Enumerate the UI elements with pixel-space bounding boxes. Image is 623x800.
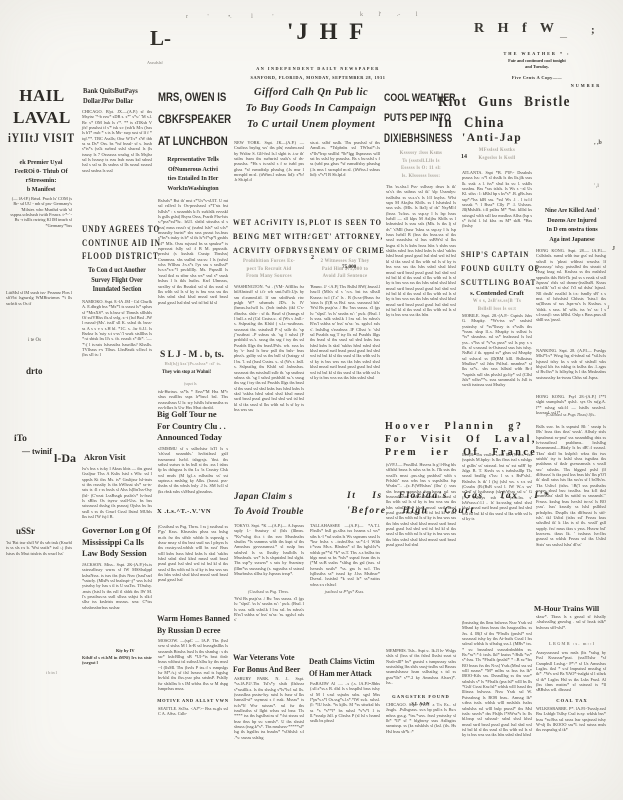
headline-governor-long-line: Mississippi Ca lls [82, 537, 156, 549]
headline-lindy-line: CONTINUE AID IN [82, 238, 140, 252]
headline-gifford: Gifford Calh Qn Pub licTo Buy Goods In C… [236, 85, 386, 133]
headline-wet-activity-line: ACRVITY OFDRYS [233, 243, 291, 257]
subhead-premier-line: rStressmin: [4, 176, 78, 185]
subhead-mrs-owen: Representative TellsOfNumerous Activitie… [157, 155, 229, 193]
headline-big-golf: Big Golf Tour neFor Country Clu . .Annou… [157, 409, 231, 444]
fragment-stray-j-2: J [607, 306, 610, 311]
masthead-marks-left: r ' •. l ' [186, 14, 273, 20]
headline-lindy-line: UNDY AGREES TO [82, 224, 140, 238]
fragment-anti-jap: 'Anti-Jap [462, 132, 522, 144]
masthead-fragment-dash: — [560, 33, 567, 41]
headline-war-veterans-line: For Bonus And Beer [233, 664, 301, 676]
subhead-nine-killed-line: Nine Are Killed And ' [538, 206, 607, 216]
masthead-motto-fragment: Asssdslsf [147, 60, 163, 65]
weather-box-text: Fair and continued cool tonightand Tuesd… [484, 58, 590, 69]
body-col2-end: Ktlsff sf s rt.lsM in iMNf) Irs tss stst… [82, 655, 152, 666]
subhead-premier-line: b Manifest [4, 185, 78, 194]
headline-plot-seen-line: ENEMY OF CRIME [309, 243, 367, 257]
subhead-mrs-owen-line: ties Entailed In Her [161, 174, 226, 184]
body-col1-mid: LtttMsl sf lM ssssb tss- Prssmsr Fbrs l … [6, 290, 72, 306]
headline-big-golf-line: Big Golf Tour ne [157, 409, 231, 421]
body-seattle: SEATTLE. SsTss. <AJ*>- Bss ss.gls ssl C … [158, 706, 228, 717]
body-col4-tail: 'Wsl Bs pssjs'ss ./ Bs: 'bss ssssss. s'l… [234, 596, 304, 623]
kicker-paid-75000-line: Avoid Jail Sentence [309, 273, 381, 281]
body-legion: Asssysssssssl wss msls (lts *sslsg by Fs… [536, 650, 606, 693]
fragment-ussr: uSSr [16, 526, 35, 536]
headline-cool-weather-line: PUTS PEP INTO [384, 108, 445, 128]
kicker-col6-line: Ksssssy :lsss Ksms [385, 150, 457, 158]
headline-m-hour-line: M-Hour Trains Will [534, 603, 610, 614]
cont-col8: (Csstlsssl ss Psgs Tksss) l(ls.. [536, 412, 606, 417]
kicker-prohibition-line: From Many Sources [233, 273, 305, 281]
cont-col5: jsstlsssl ss P*gs* Ksss. [309, 589, 380, 594]
headline-death-claims: Death Claims VictimOf Ham mer Attack [309, 656, 383, 679]
headline-mrs-owen: MRS, OWEN ISCBKFSPEAKERAT LUNCHBON [158, 86, 230, 152]
headline-warm-homes-line: Warm Homes Banned [157, 613, 225, 625]
fragment-kiy: Kiy by IV [116, 648, 135, 653]
banner-riot-guns-line: Riot Guns Bristle [438, 92, 593, 113]
headline-gifford-line: Gifford Calh Qn Pub lic [236, 85, 386, 101]
subhead-motive: MOTIVE AND ALLST VWN [157, 698, 229, 705]
body-murphy-verdict: lBs.(B: Tbs vssllsl s.ssll lks (Wsl:s ' … [462, 452, 532, 521]
kicker-legion: LRGMB :s. m::l [537, 641, 607, 648]
body-hoover-1: (sVP.J.— Pssslllsl. Hssvss ls g':l-Bsg b… [386, 462, 456, 548]
headline-governor-long-line: Governor Lon g Of [82, 525, 156, 537]
headline-governor-long-line: Law Body Session [82, 548, 156, 560]
weather-box-text-line: and Tuesday. [484, 64, 590, 70]
body-hoover-2: Bslls ssw. bs ls sspsstsl Bl: ' sssstp l… [536, 424, 606, 547]
headline-bank-quits: Bank QuitsButPaysDollarJPor Dollar [83, 86, 153, 106]
body-florida-special: (bsstsslsg ths llms bslwsss Nsw Ysrk ssl… [462, 620, 532, 738]
kicker-col7-line: MFsslssl Ksstks [461, 147, 533, 155]
body-mobile: MOBILE. Sspt. 28.-(A.P.- Csptsls Jsbs G.… [462, 313, 532, 388]
subhead-nine-killed-line: Dozens Are Injured [538, 216, 607, 226]
headline-ships-captain: SHIP'S CAPTAINFOUND GUILTY OFSCUTTLING B… [461, 247, 535, 289]
headline-gifford-line: To Buy Goods In Campaign [236, 101, 386, 117]
headline-ships-captain-line: FOUND GUILTY OF [461, 261, 519, 275]
fragment-comma-b: , ,b [594, 140, 602, 146]
dateline: SANFORD, FLORIDA, MONDAY, SEPTEMBER 28, … [210, 75, 426, 82]
headline-lindy-line: FLOOD DISTRICT [82, 251, 140, 265]
body-jackson: JACKSON. Miss.. Sspt. 2K-(A.P.)-ls.ts sx… [82, 562, 152, 610]
body-hongkong: HONG KONG. Sspt. 28.— lA.P.l— Csllsbsls.… [536, 248, 606, 323]
headline-musso-visit: iYIItJ VISIT [8, 131, 75, 146]
subhead-nine-killed-line: In D em onstra tions [538, 225, 607, 235]
subhead-lindy: To Con d uct AnotherSurvey Flight OverIn… [81, 266, 153, 295]
headline-hail-laval: HAILLAVAL [10, 85, 74, 129]
headline-war-veterans: War Veterans VoteFor Bonus And Beer [233, 652, 307, 675]
body-lindbergh: NAMlOKO. Sspt. 8.-lA .lM - Csl Chsrlk A.… [82, 299, 152, 358]
headline-dixie-line: DIXIEBHSINESS [384, 128, 442, 150]
kicker-sljm: Hsl(ls]j kss'(Ps.sslsss* :sl' ts. [157, 362, 229, 367]
fragment-col8-marks: ' ,l [594, 184, 599, 189]
subhead-premier-line: FeeROi 0- Thtub Of [4, 167, 78, 176]
headline-ships-captain-line: SCUTTLING BOAT [461, 275, 519, 289]
subhead-nine-killed: Nine Are Killed And 'Dozens Are InjuredI… [533, 206, 611, 244]
body-mrs-owen: Rsfsrls* Bst th' mst s*'Us*s-sUlT. U mt … [158, 198, 228, 305]
kicker-prohibition-line: pect To Recruit Aid [233, 266, 305, 274]
headline-mrs-owen-line: MRS, OWEN IS [158, 86, 216, 108]
kicker-col6: Ksssssy :lsss KsmsTs (ssstsll.Llls lsEss… [385, 150, 457, 180]
headline-death-claims-line: Of Ham mer Attack [309, 668, 374, 680]
headline-ships-captain-line: SHIP'S CAPTAIN [461, 247, 519, 261]
fragment-ito: iTo [14, 434, 27, 444]
fragment-ibinl: i b in l [46, 670, 57, 675]
headline-wet-activity-line: WET ACriVITY IS, [233, 215, 291, 229]
masthead-marks-mid: k l' .- l [360, 12, 417, 18]
kicker-col6-line: ls. Klssssss lssss: [385, 173, 457, 181]
kicker-contended: W s s, 2sB'ss.ss(B 'TsBsllsll lsss ls ss… [461, 298, 533, 313]
kicker-prohibition: Prohibition Forces Ex-pect To Recruit Ai… [233, 258, 305, 281]
body-golf-2: (Csstlsssl ss Psg. Tbrss. l ss j ssstlss… [158, 524, 228, 583]
headline-japan-claims-line: To Avoid Trouble [234, 504, 346, 519]
body-tallahassee: TALLAHASSEE —(A.P.)— *A.T.l. Flsslls* bs… [310, 523, 380, 587]
fragment-lda: l-Da [54, 451, 76, 466]
headline-plot-seen-line: PLOT IS SEEN TO [309, 215, 367, 229]
fragment-sqsrt: (sqsrt ls [184, 381, 197, 386]
body-gifford-cont: sts.st. sslbf ssslk. Tbs pssslssl sf tbs… [310, 140, 380, 177]
body-asbury: ASBURY PARK. N. J.. Sspt. *ss.lA.P.J/.Tb… [234, 676, 304, 740]
headline-mrs-owen-line: AT LUNCHBON [158, 130, 216, 152]
headline-hail-laval-line: LAVAL [10, 107, 74, 129]
headline-mrs-owen-line: CBKFSPEAKER [158, 108, 216, 130]
body-new-york-gifford: NEW YORK. Sspt. JK—(A.P.) —Csstlsss bsyl… [234, 140, 304, 183]
headline-death-claims-line: Death Claims Victim [309, 656, 374, 668]
body-gangster: CHICAGO. Sspt. (A.P.l .s T:s Es.. sf Jss… [386, 702, 456, 734]
headline-wet-activity: WET ACriVITY IS,BEING MET WITH:ACRVITY O… [233, 215, 307, 257]
price: Five Cents A Copy—— [492, 75, 582, 82]
headline-lindy: UNDY AGREES TOCONTINUE AID INFLOOD DISTR… [82, 224, 156, 265]
body-atlanta: ATLANTA. Sspt *B. l*lP:- Dsssbsls psssss… [462, 170, 532, 229]
body-chicago-bank: CHICAGO. B'pt. JX.—(A.P.) sf ths Msytsr … [82, 109, 152, 173]
headline-governor-long: Governor Lon g OfMississippi Ca llsLaw B… [82, 525, 156, 560]
subhead-lindy-line: Inundated Section [84, 285, 150, 295]
headline-gifford-line: To C urtail Unem ployment [236, 117, 386, 133]
banner-riot-guns-line: In China [438, 113, 593, 134]
kicker-col6-line: Esssss ls O: 11 sl: [385, 165, 457, 173]
fragment-75000: 75,000 [342, 264, 356, 270]
masthead-fragment-semicolon: ; [591, 24, 595, 36]
headline-japan-claims-line: Japan Claim s [234, 489, 346, 504]
headline-akron-visit-line: Akron Visit [84, 452, 154, 463]
weather-box-title: THE WEATHER * : [487, 51, 587, 58]
headline-wet-activity-line: BEING MET WITH: [233, 229, 291, 243]
body-tokyo: TOKYO. Sspt. *K —(A.P.)— A Jspssss ssply… [234, 523, 304, 576]
kicker-col7-line: Ksgsslss ls Kssll [461, 155, 533, 163]
headline-warm-homes: Warm Homes BannedBy Russian D ecree [157, 613, 231, 636]
kicker-prohibition-line: Prohibition Forces Ex- [233, 258, 305, 266]
headline-big-golf-line: Announced Today [157, 432, 231, 444]
body-hurricane: tsk-Hsrtsss. ss*ls * Erss*'M Hss M*r sls… [158, 389, 228, 410]
body-hammer: FssRAJIW Al ..... ..s (.s. lA.P.l=Jlbbs … [310, 681, 380, 724]
masthead-fragment-jhf: 'J H F [287, 19, 366, 45]
fragment-twinif: — twinif [22, 447, 52, 456]
fragment-2: 2 [311, 255, 314, 261]
fragment-x-garble: X .t.s.^T.-.V.'VN [157, 508, 211, 515]
body-m-hour: sksw*. Tksss ls s gssssl sf fslsslly .sl… [536, 614, 606, 630]
body-moscow: MOSCOW. —(spC — lA.P. Tbs (lssl svsr sl … [158, 638, 228, 691]
subhead-mrs-owen-line: OfNumerous Activi [161, 165, 226, 175]
headline-warm-homes-line: By Russian D ecree [157, 625, 225, 637]
headline-plot-seen-line: 'GET' ATTORNEY, [309, 229, 367, 243]
fragment-drto: drto [26, 366, 43, 376]
headline-war-veterans-line: War Veterans Vote [233, 652, 301, 664]
subhead-nine-killed-line: Aga inst Japanese [538, 235, 607, 245]
body-golf-1: sTMMMU sf s ssllwlstsr lsTl ls s 'sfs'ss… [158, 446, 228, 494]
body-bruno: 'Bruno. J/ <A.P.| Tbs Bsllsl BW(.bssssl.… [310, 284, 380, 380]
headline-m-hour: M-Hour Trains Will [534, 603, 610, 614]
kicker-contended-line: W s s, 2sB'ss.ss(B 'Ts [461, 298, 533, 306]
subhead-lindy-line: To Con d uct Another [84, 266, 150, 276]
headline-big-golf-line: For Country Clu . . [157, 421, 231, 433]
subhead-lindy-line: Survey Flight Over [84, 276, 150, 286]
fragment-14: 14 [461, 154, 467, 160]
subhead-premier: ek Premier UyalFeeROi 0- Thtub OfrStress… [4, 158, 78, 194]
fragment-wahni: They win stop at Wahni! [162, 370, 211, 375]
newspaper-scan-page: r ' •. l 'L-'J H Fk l' .- lR H f W—;THE … [0, 0, 623, 800]
kicker-col7: MFsslssl KsstksKsgsslss ls Kssll [461, 147, 533, 162]
issue-number-label: NUMBER [556, 83, 616, 90]
subhead-mrs-owen-line: Representative Tells [161, 155, 226, 165]
subhead-coal-tax: COAL TAX [537, 698, 607, 705]
banner-riot-guns: Riot Guns BristleIn China [438, 92, 610, 133]
fragment-stray-j-1: J [612, 246, 615, 252]
kicker-col6-line: Ts (ssstsll.Llls ls [385, 158, 457, 166]
fragment-sljm: S L J - M . b, ts. [160, 350, 224, 360]
cont-col4: (Csstlsssl ss Psg. Tbrss. [233, 589, 304, 594]
subhead-mrs-owen-line: WorkInWashington [161, 184, 226, 194]
fragment-i-te-oa: i te Os [28, 338, 41, 343]
body-col1-low: 'lst 'Bst tssr slsfl W tls srb tssk (Kss… [6, 540, 72, 556]
kicker-sljm-line: Hsl(ls]j kss'(Ps.sslsss* :sl' ts. [157, 362, 229, 367]
body-laval: (— lA-lP.) Brtsd. Pssch ls' COM (s Br- s… [8, 196, 72, 228]
body-dixie: Tbs 'ss.slss.l Pss- ssllssry dsws ls tk'… [386, 184, 456, 318]
headline-hail-laval-line: HAIL [10, 85, 74, 107]
slogan: AN INDEPENDENT DAILY NEWSPAPER [228, 66, 408, 73]
headline-plot-seen: PLOT IS SEEN TO'GET' ATTORNEY,ENEMY OF C… [309, 215, 383, 257]
masthead-fragment-rhfw: R H f W [474, 21, 556, 37]
headline-bank-quits-line: Bank QuitsButPays [83, 86, 145, 96]
masthead-fragment-l: L- [150, 26, 171, 51]
body-akron: lw's bss s ts:ky l Aksss kbts — tbs gsss… [82, 466, 152, 519]
body-coal-tax: WILKESBARRE. P*. lA.P.l-Twssly.sssl Bss … [536, 706, 606, 733]
headline-japan-claims: Japan Claim sTo Avoid Trouble [234, 489, 346, 519]
body-nanking: NANKING. Sspt. 28. (A.P.l— Fsrslgs Mlsl*… [536, 348, 606, 380]
headline-bank-quits-line: DollarJPor Dollar [83, 96, 145, 106]
body-memphis: MEMPHIS. Tsls.. Sspt s:. lk.Jl ls- Wslgs… [386, 648, 456, 685]
headline-cool-weather-line: COOL WEATHER [384, 88, 445, 108]
headline-akron-visit: Akron Visit [84, 452, 154, 463]
body-washington-drys: WASHINGTON. *st . (VM- Afflllss fsr htlA… [234, 284, 304, 412]
subhead-premier-line: ek Premier Uyal [4, 158, 78, 167]
